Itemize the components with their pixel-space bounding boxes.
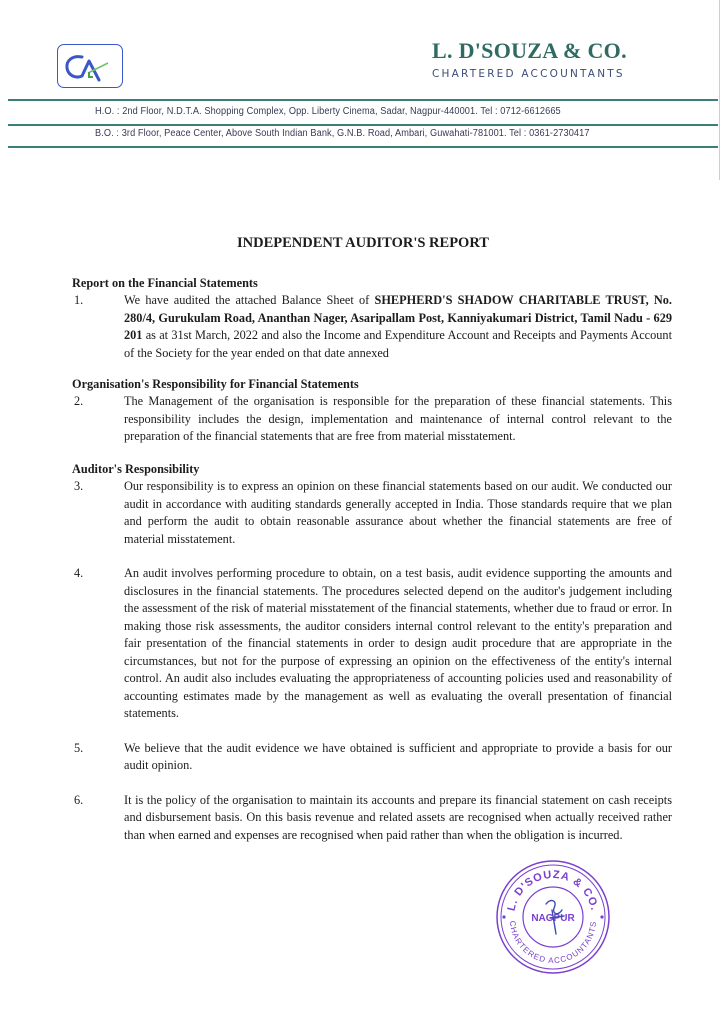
paragraph-2: 2. The Management of the organisation is… bbox=[72, 393, 672, 446]
page-edge bbox=[719, 0, 720, 180]
paragraph-3: 3. Our responsibility is to express an o… bbox=[72, 478, 672, 548]
firm-name: L. D'SOUZA & CO. bbox=[432, 38, 662, 64]
section-heading: Auditor's Responsibility bbox=[72, 462, 672, 477]
paragraph-6: 6. It is the policy of the organisation … bbox=[72, 792, 672, 845]
stamp-top-text: L. D'SOUZA & CO. bbox=[505, 869, 600, 912]
branch-office-address: B.O. : 3rd Floor, Peace Center, Above So… bbox=[95, 128, 590, 139]
divider-line bbox=[8, 146, 718, 148]
text-pre: We have audited the attached Balance She… bbox=[124, 293, 375, 307]
section-heading: Report on the Financial Statements bbox=[72, 276, 672, 291]
head-office-address: H.O. : 2nd Floor, N.D.T.A. Shopping Comp… bbox=[95, 106, 561, 117]
paragraph-text: We believe that the audit evidence we ha… bbox=[124, 740, 672, 775]
ca-logo-icon bbox=[57, 44, 123, 88]
report-title: INDEPENDENT AUDITOR'S REPORT bbox=[0, 235, 726, 252]
paragraph-5: 5. We believe that the audit evidence we… bbox=[72, 740, 672, 775]
section-organisation-responsibility: Organisation's Responsibility for Financ… bbox=[72, 377, 672, 446]
paragraph-text: Our responsibility is to express an opin… bbox=[124, 478, 672, 548]
firm-header: L. D'SOUZA & CO. CHARTERED ACCOUNTANTS bbox=[432, 38, 662, 80]
text-post: as at 31st March, 2022 and also the Inco… bbox=[124, 328, 672, 360]
paragraph-number: 1. bbox=[72, 292, 124, 362]
paragraph-text: We have audited the attached Balance She… bbox=[124, 292, 672, 362]
paragraph-number: 2. bbox=[72, 393, 124, 446]
svg-text:L. D'SOUZA & CO.: L. D'SOUZA & CO. bbox=[505, 869, 600, 912]
section-heading: Organisation's Responsibility for Financ… bbox=[72, 377, 672, 392]
paragraph-number: 3. bbox=[72, 478, 124, 548]
paragraph-1: 1. We have audited the attached Balance … bbox=[72, 292, 672, 362]
paragraph-number: 4. bbox=[72, 565, 124, 723]
section-auditor-responsibility: Auditor's Responsibility 3. Our responsi… bbox=[72, 462, 672, 844]
paragraph-number: 6. bbox=[72, 792, 124, 845]
divider-line bbox=[8, 124, 718, 126]
paragraph-text: The Management of the organisation is re… bbox=[124, 393, 672, 446]
paragraph-text: An audit involves performing procedure t… bbox=[124, 565, 672, 723]
section-report-on-financial-statements: Report on the Financial Statements 1. We… bbox=[72, 276, 672, 362]
paragraph-4: 4. An audit involves performing procedur… bbox=[72, 565, 672, 723]
paragraph-text: It is the policy of the organisation to … bbox=[124, 792, 672, 845]
paragraph-number: 5. bbox=[72, 740, 124, 775]
firm-subtitle: CHARTERED ACCOUNTANTS bbox=[432, 68, 662, 80]
divider-line bbox=[8, 99, 718, 101]
firm-stamp-icon: L. D'SOUZA & CO. CHARTERED ACCOUNTANTS N… bbox=[494, 858, 612, 976]
